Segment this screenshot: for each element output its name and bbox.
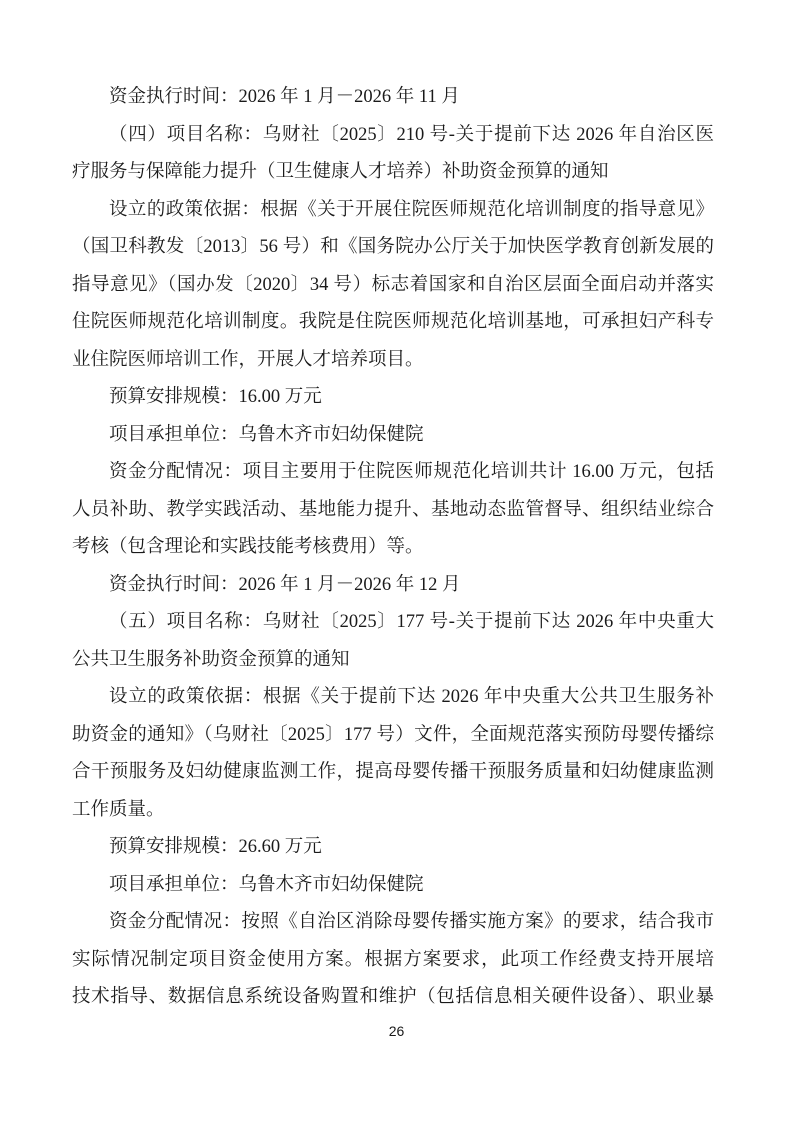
text-line: 项目承担单位：乌鲁木齐市妇幼保健院 [72,867,714,905]
text-line: 资金分配情况：按照《自治区消除母婴传播实施方案》的要求，结合我市 [72,904,714,942]
text-line: 设立的政策依据：根据《关于提前下达 2026 年中央重大公共卫生服务补 [72,679,714,717]
para-project-name-4: （四）项目名称：乌财社〔2025〕210 号-关于提前下达 2026 年自治区医… [72,117,714,192]
para-fund-allocation-4: 资金分配情况：项目主要用于住院医师规范化培训共计 16.00 万元，包括 人员补… [72,454,714,567]
text-line: 预算安排规模：26.60 万元 [72,829,714,867]
text-line: 实际情况制定项目资金使用方案。根据方案要求，此项工作经费支持开展培训、 [72,942,714,980]
para-fund-execution-time-3: 资金执行时间：2026 年 1 月－2026 年 11 月 [72,79,714,117]
para-budget-scale-5: 预算安排规模：26.60 万元 [72,829,714,867]
text-line: 技术指导、数据信息系统设备购置和维护（包括信息相关硬件设备）、职业暴 [72,979,714,1017]
text-line: 助资金的通知》（乌财社〔2025〕177 号）文件，全面规范落实预防母婴传播综 [72,717,714,755]
text-line: 预算安排规模：16.00 万元 [72,379,714,417]
text-line: 指导意见》（国办发〔2020〕34 号）标志着国家和自治区层面全面启动并落实 [72,267,714,305]
text-line: 资金执行时间：2026 年 1 月－2026 年 12 月 [72,567,714,605]
text-line: 业住院医师培训工作，开展人才培养项目。 [72,342,714,380]
para-policy-basis-4: 设立的政策依据：根据《关于开展住院医师规范化培训制度的指导意见》 （国卫科教发〔… [72,192,714,380]
page-number: 26 [0,1023,793,1039]
text-line: 公共卫生服务补助资金预算的通知 [72,642,714,680]
text-line: 考核（包含理论和实践技能考核费用）等。 [72,529,714,567]
para-project-name-5: （五）项目名称：乌财社〔2025〕177 号-关于提前下达 2026 年中央重大… [72,604,714,679]
para-fund-allocation-5: 资金分配情况：按照《自治区消除母婴传播实施方案》的要求，结合我市 实际情况制定项… [72,904,714,1017]
text-line: 项目承担单位：乌鲁木齐市妇幼保健院 [72,417,714,455]
document-body: 资金执行时间：2026 年 1 月－2026 年 11 月 （四）项目名称：乌财… [72,79,714,1017]
text-line: （国卫科教发〔2013〕56 号）和《国务院办公厅关于加快医学教育创新发展的 [72,229,714,267]
text-line: 设立的政策依据：根据《关于开展住院医师规范化培训制度的指导意见》 [72,192,714,230]
text-line: （四）项目名称：乌财社〔2025〕210 号-关于提前下达 2026 年自治区医 [72,117,714,155]
text-line: 资金执行时间：2026 年 1 月－2026 年 11 月 [72,79,714,117]
para-policy-basis-5: 设立的政策依据：根据《关于提前下达 2026 年中央重大公共卫生服务补 助资金的… [72,679,714,829]
text-line: 住院医师规范化培训制度。我院是住院医师规范化培训基地，可承担妇产科专 [72,304,714,342]
para-undertaking-unit-4: 项目承担单位：乌鲁木齐市妇幼保健院 [72,417,714,455]
para-budget-scale-4: 预算安排规模：16.00 万元 [72,379,714,417]
para-fund-execution-time-4: 资金执行时间：2026 年 1 月－2026 年 12 月 [72,567,714,605]
text-line: 人员补助、教学实践活动、基地能力提升、基地动态监管督导、组织结业综合 [72,492,714,530]
para-undertaking-unit-5: 项目承担单位：乌鲁木齐市妇幼保健院 [72,867,714,905]
text-line: 疗服务与保障能力提升（卫生健康人才培养）补助资金预算的通知 [72,154,714,192]
text-line: （五）项目名称：乌财社〔2025〕177 号-关于提前下达 2026 年中央重大 [72,604,714,642]
text-line: 工作质量。 [72,792,714,830]
text-line: 资金分配情况：项目主要用于住院医师规范化培训共计 16.00 万元，包括 [72,454,714,492]
document-page: 资金执行时间：2026 年 1 月－2026 年 11 月 （四）项目名称：乌财… [0,0,793,1122]
text-line: 合干预服务及妇幼健康监测工作，提高母婴传播干预服务质量和妇幼健康监测 [72,754,714,792]
